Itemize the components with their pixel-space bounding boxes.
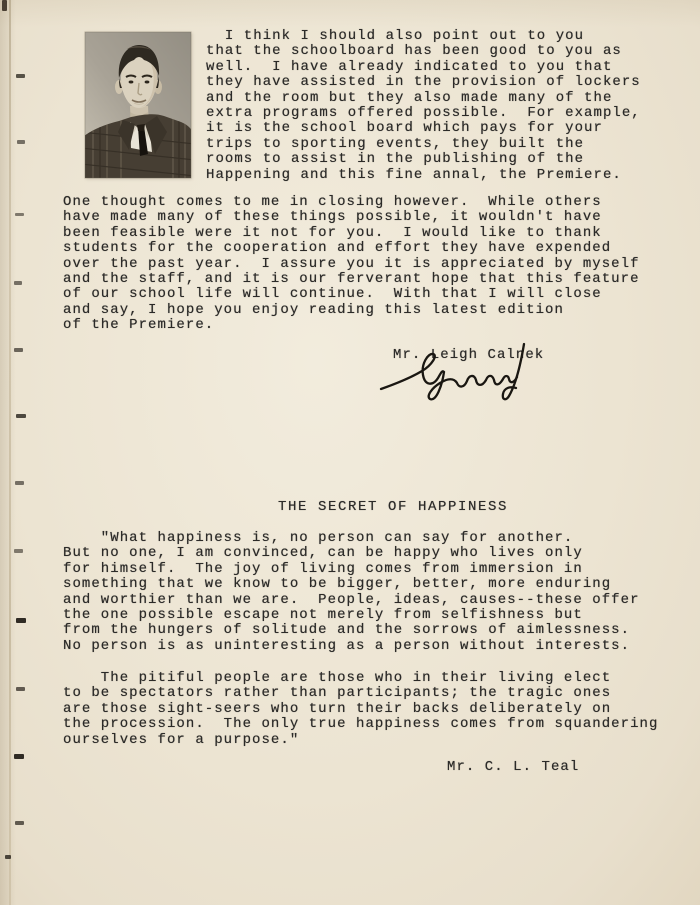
signature-handwriting [378, 342, 538, 417]
stitch-mark [17, 140, 25, 144]
stitch-mark [16, 618, 26, 623]
stitch-mark [14, 281, 22, 285]
letter-paragraph-1: I think I should also point out to you t… [206, 29, 641, 183]
stitch-mark [15, 481, 24, 485]
stitch-mark [16, 74, 25, 78]
binding-crease [9, 0, 11, 905]
stitch-mark [14, 348, 23, 352]
stitch-mark [16, 414, 26, 418]
quote-title: THE SECRET OF HAPPINESS [278, 500, 508, 515]
stitch-mark [15, 213, 24, 216]
yearbook-page: I think I should also point out to you t… [0, 0, 700, 905]
stitch-mark [16, 687, 25, 691]
stitch-mark [15, 821, 24, 825]
stitch-mark [14, 754, 24, 759]
portrait-photo-drawing [85, 32, 191, 178]
binding-edge-shadow [0, 0, 16, 905]
stitch-mark [5, 855, 11, 859]
quote-paragraph-2: The pitiful people are those who in thei… [63, 671, 658, 748]
quote-paragraph-1: "What happiness is, no person can say fo… [63, 531, 640, 654]
quote-attribution: Mr. C. L. Teal [447, 760, 579, 775]
stitch-mark [14, 549, 23, 553]
portrait-photo [85, 32, 191, 178]
binding-corner-mark [2, 0, 7, 11]
letter-paragraph-2: One thought comes to me in closing howev… [63, 195, 640, 334]
